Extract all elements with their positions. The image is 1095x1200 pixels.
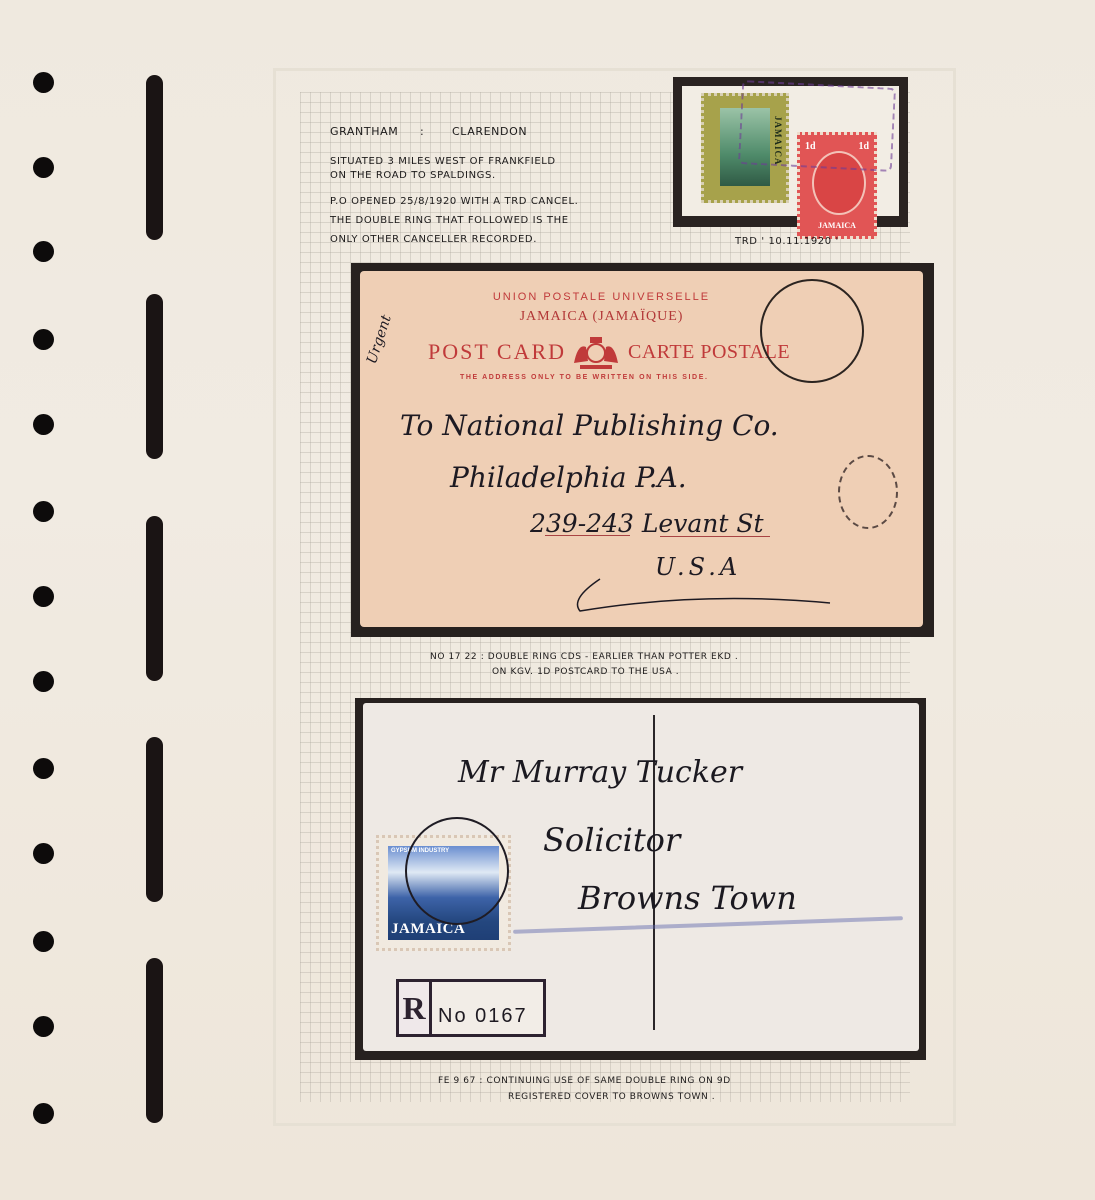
arrival-postmark [838, 455, 898, 529]
heading-separator: : [420, 125, 424, 138]
double-ring-postmark [405, 817, 509, 925]
heading-parish: Clarendon [452, 125, 527, 138]
blue-crayon-line [513, 916, 903, 934]
registration-number: No 0167 [432, 982, 543, 1034]
binder-slot [146, 737, 163, 902]
coat-of-arms-icon [570, 333, 622, 371]
postcard: UNION POSTALE UNIVERSELLE JAMAICA (JAMAÏ… [360, 271, 923, 627]
binder-hole [33, 414, 54, 435]
binder-hole [33, 671, 54, 692]
cover-caption: Registered Cover to Browns Town . [508, 1092, 715, 1102]
binder-slot [146, 75, 163, 240]
address-line: Philadelphia P.A. [450, 461, 687, 494]
note-line: Situated 3 miles West of Frankfield [330, 156, 556, 167]
binder-hole [33, 72, 54, 93]
address-line: Browns Town [578, 879, 797, 917]
heading-town: Grantham [330, 125, 398, 138]
binder-hole [33, 586, 54, 607]
note-line: only other canceller recorded. [330, 234, 537, 245]
flourish-icon [560, 571, 840, 621]
album-page: Grantham : Clarendon Situated 3 miles We… [0, 0, 1095, 1200]
double-ring-postmark [760, 279, 864, 383]
binder-hole [33, 843, 54, 864]
note-line: on the Road to Spaldings. [330, 170, 496, 181]
registered-cover: Mr Murray Tucker Solicitor Browns Town G… [363, 703, 919, 1051]
binder-slot [146, 958, 163, 1123]
address-line: To National Publishing Co. [400, 409, 779, 442]
note-line: P.O opened 25/8/1920 with a TRD Cancel. [330, 196, 578, 207]
binder-hole [33, 329, 54, 350]
binder-hole [33, 1103, 54, 1124]
binder-slot [146, 516, 163, 681]
address-underline [545, 535, 630, 536]
trd-cancel [738, 80, 896, 172]
binder-hole [33, 1016, 54, 1037]
stamp-country: JAMAICA [800, 221, 874, 230]
cover-caption: FE 9 67 : Continuing use of same Double … [438, 1076, 731, 1086]
address-line: Mr Murray Tucker [458, 755, 742, 790]
binder-hole [33, 501, 54, 522]
postcard-caption: No 17 22 : Double Ring CDS - Earlier tha… [430, 652, 738, 662]
binder-slot [146, 294, 163, 459]
binder-hole [33, 157, 54, 178]
piece-caption: TRD ' 10.11.1920 ' [735, 236, 839, 247]
address-underline [660, 536, 770, 537]
registration-letter: R [399, 982, 432, 1034]
binder-hole [33, 241, 54, 262]
postcard-notice: THE ADDRESS ONLY TO BE WRITTEN ON THIS S… [460, 374, 709, 381]
postcard-caption: on KGV. 1D Postcard to the USA . [492, 667, 679, 677]
registration-label: R No 0167 [396, 979, 546, 1037]
address-line: 239-243 Levant St [530, 509, 764, 538]
address-line: Solicitor [543, 821, 680, 859]
postcard-title-en: POST CARD [428, 339, 566, 365]
note-line: The Double Ring that followed is the [330, 215, 569, 226]
binder-hole [33, 758, 54, 779]
binder-hole [33, 931, 54, 952]
